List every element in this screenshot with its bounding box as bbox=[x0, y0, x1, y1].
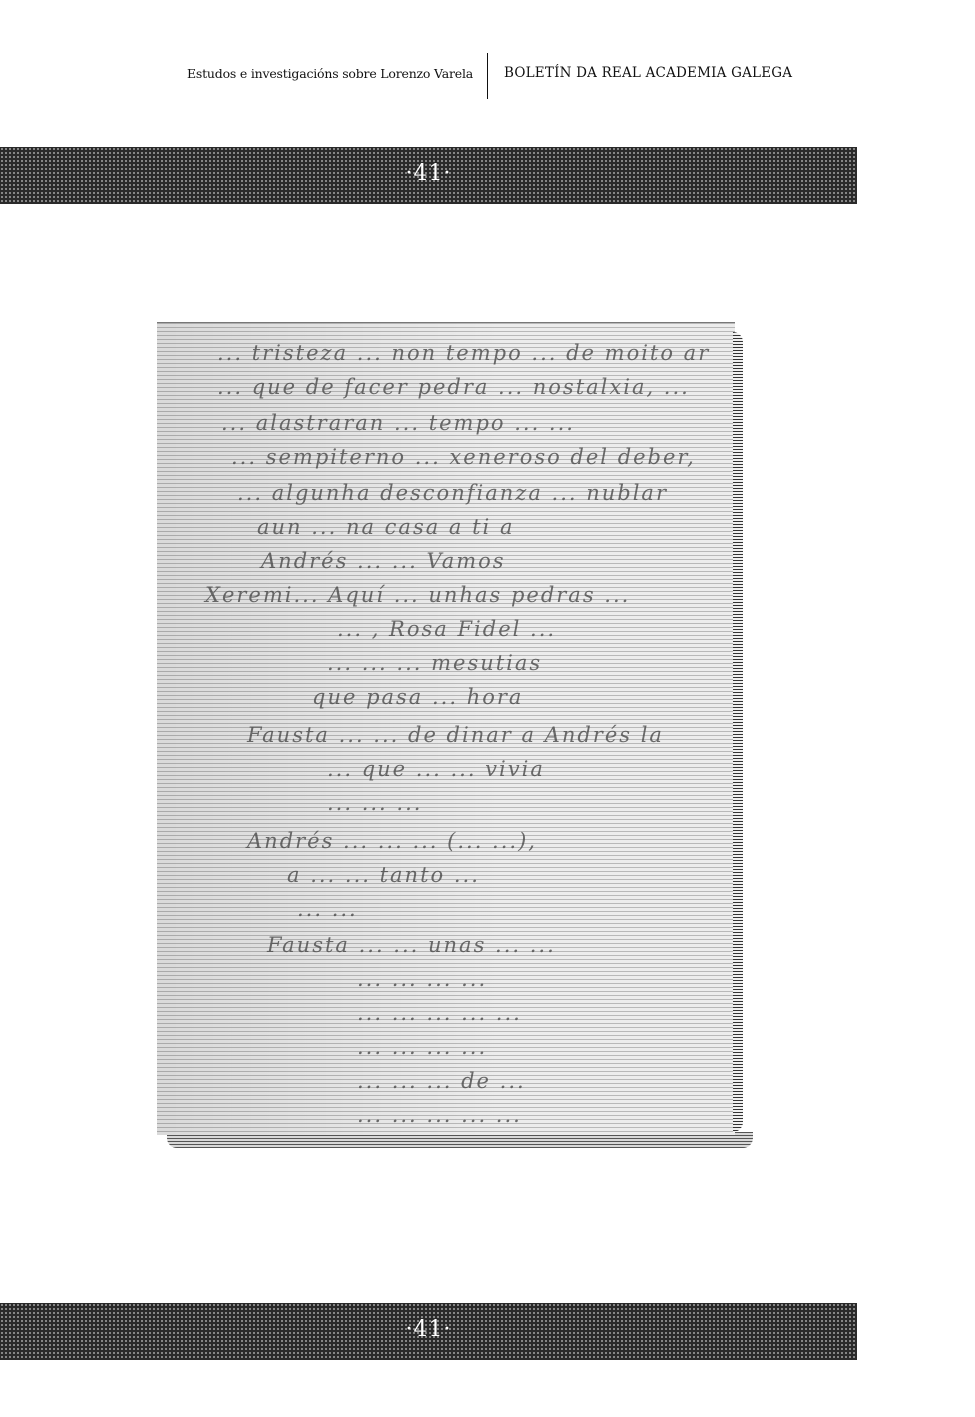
handwritten-line: ... algunha desconfianza ... nublar bbox=[237, 481, 668, 505]
handwritten-line: Fausta ... ... de dinar a Andrés la bbox=[247, 723, 664, 747]
handwritten-line: ... ... ... ... bbox=[357, 967, 487, 991]
page-number-top: ·41· bbox=[0, 161, 857, 186]
handwritten-line: que pasa ... hora bbox=[312, 685, 523, 709]
handwritten-line: Xeremi... Aquí ... unhas pedras ... bbox=[205, 583, 630, 607]
handwritten-line: ... ... ... ... bbox=[357, 1035, 487, 1059]
handwritten-line: ... tristeza ... non tempo ... de moito … bbox=[217, 341, 710, 365]
manuscript-page: ... tristeza ... non tempo ... de moito … bbox=[157, 322, 735, 1135]
handwritten-line: ... , Rosa Fidel ... bbox=[337, 617, 556, 641]
handwritten-line: Andrés ... ... Vamos bbox=[261, 549, 506, 573]
folio-band-bottom: ·41· bbox=[0, 1303, 857, 1360]
handwritten-line: a ... ... tanto ... bbox=[287, 863, 480, 887]
handwritten-line: Fausta ... ... unas ... ... bbox=[267, 933, 556, 957]
folio-band-top: ·41· bbox=[0, 147, 857, 204]
handwritten-line: Andrés ... ... ... (... ...), bbox=[247, 829, 537, 853]
page-number-bottom: ·41· bbox=[0, 1317, 857, 1342]
handwritten-line: ... alastraran ... tempo ... ... bbox=[221, 411, 575, 435]
manuscript-page-edge bbox=[733, 332, 743, 1132]
running-head-divider bbox=[487, 53, 488, 99]
handwritten-line: ... ... ... de ... bbox=[357, 1069, 526, 1093]
handwritten-line: ... ... bbox=[297, 897, 358, 921]
handwritten-line: ... que ... ... vivia bbox=[327, 757, 545, 781]
handwritten-line: ... ... ... bbox=[327, 791, 422, 815]
handwritten-line: ... ... ... mesutias bbox=[327, 651, 542, 675]
manuscript-image: ... tristeza ... non tempo ... de moito … bbox=[157, 322, 743, 1148]
handwritten-line: ... ... ... ... ... bbox=[357, 1001, 522, 1025]
handwritten-line: ... que de facer pedra ... nostalxia, ..… bbox=[217, 375, 690, 399]
running-head: Estudos e investigacións sobre Lorenzo V… bbox=[0, 53, 975, 99]
handwritten-line: ... sempiterno ... xeneroso del deber, bbox=[231, 445, 696, 469]
handwritten-line: ... ... ... ... ... bbox=[357, 1103, 522, 1127]
handwritten-line: aun ... na casa a ti a bbox=[257, 515, 514, 539]
running-head-journal-title: BOLETÍN DA REAL ACADEMIA GALEGA bbox=[504, 65, 792, 81]
running-head-section-title: Estudos e investigacións sobre Lorenzo V… bbox=[187, 66, 473, 81]
